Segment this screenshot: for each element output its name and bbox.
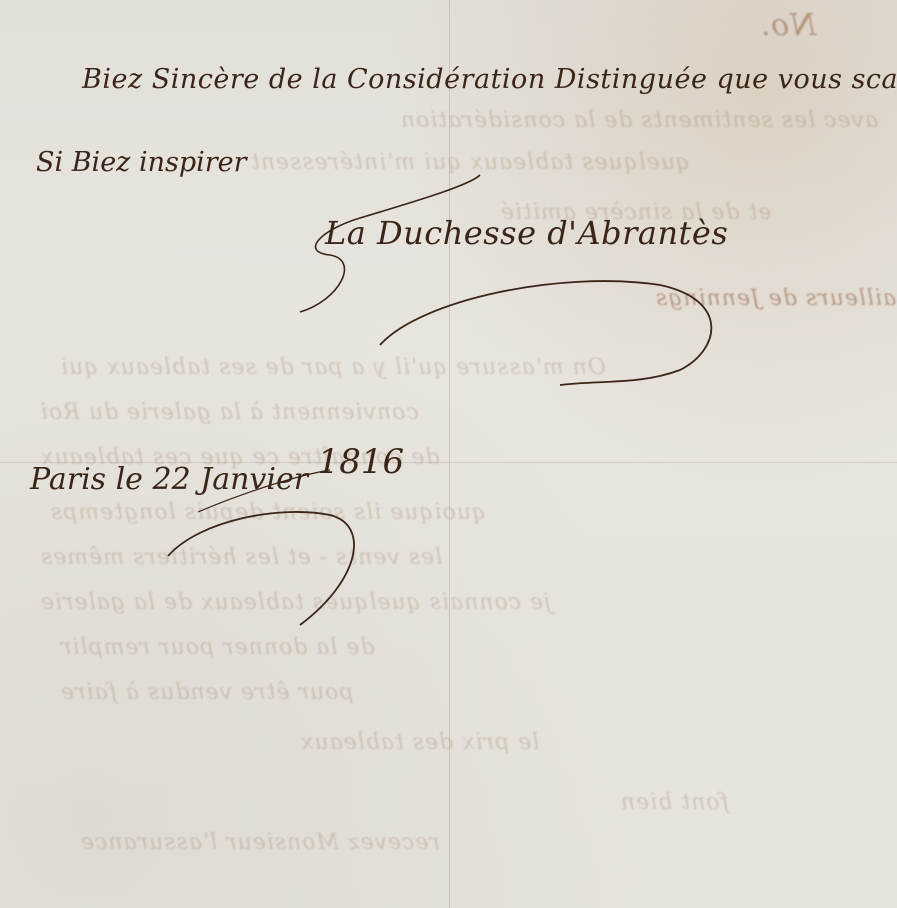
signature: La Duchesse d'Abrantès — [325, 214, 728, 252]
bleed-through-line: je connais quelques tableaux de la galer… — [40, 590, 551, 615]
letter-page: avec les sentiments de la considération … — [0, 0, 897, 908]
bleed-through-line: de la donner pour remplir — [60, 635, 375, 660]
closing-line-2: Si Biez inspirer — [36, 147, 247, 178]
vertical-fold-line — [449, 0, 450, 908]
bleed-through-line: recevez Monsieur l'assurance — [80, 830, 440, 855]
dateline-place-date: Paris le 22 Janvier — [30, 462, 308, 497]
dateline: Paris le 22 Janvier 1816 — [30, 458, 404, 498]
bleed-through-line: On m'assure qu'il y a par de ses tableau… — [60, 355, 606, 380]
bleed-through-line: quelques tableaux qui m'intéressent — [250, 150, 690, 175]
corner-mark: No. — [760, 8, 816, 43]
bleed-through-line: conviennent à la galerie du Roi — [40, 400, 419, 425]
bleed-through-line: avec les sentiments de la considération — [400, 108, 878, 133]
closing-line-1: Biez Sincère de la Considération Disting… — [82, 64, 897, 95]
bleed-through-line: font bien — [620, 790, 729, 815]
dateline-year: 1816 — [318, 442, 405, 482]
bleed-through-line: pour être vendus à faire — [60, 680, 354, 705]
bleed-through-line: quoique ils soient depuis longtemps — [50, 500, 486, 525]
bleed-through-line: le prix des tableaux — [300, 730, 539, 755]
bleed-through-line: les vents - et les héritiers mêmes — [40, 545, 442, 570]
bleed-through-line: d'ailleurs de Jennings — [655, 286, 897, 311]
